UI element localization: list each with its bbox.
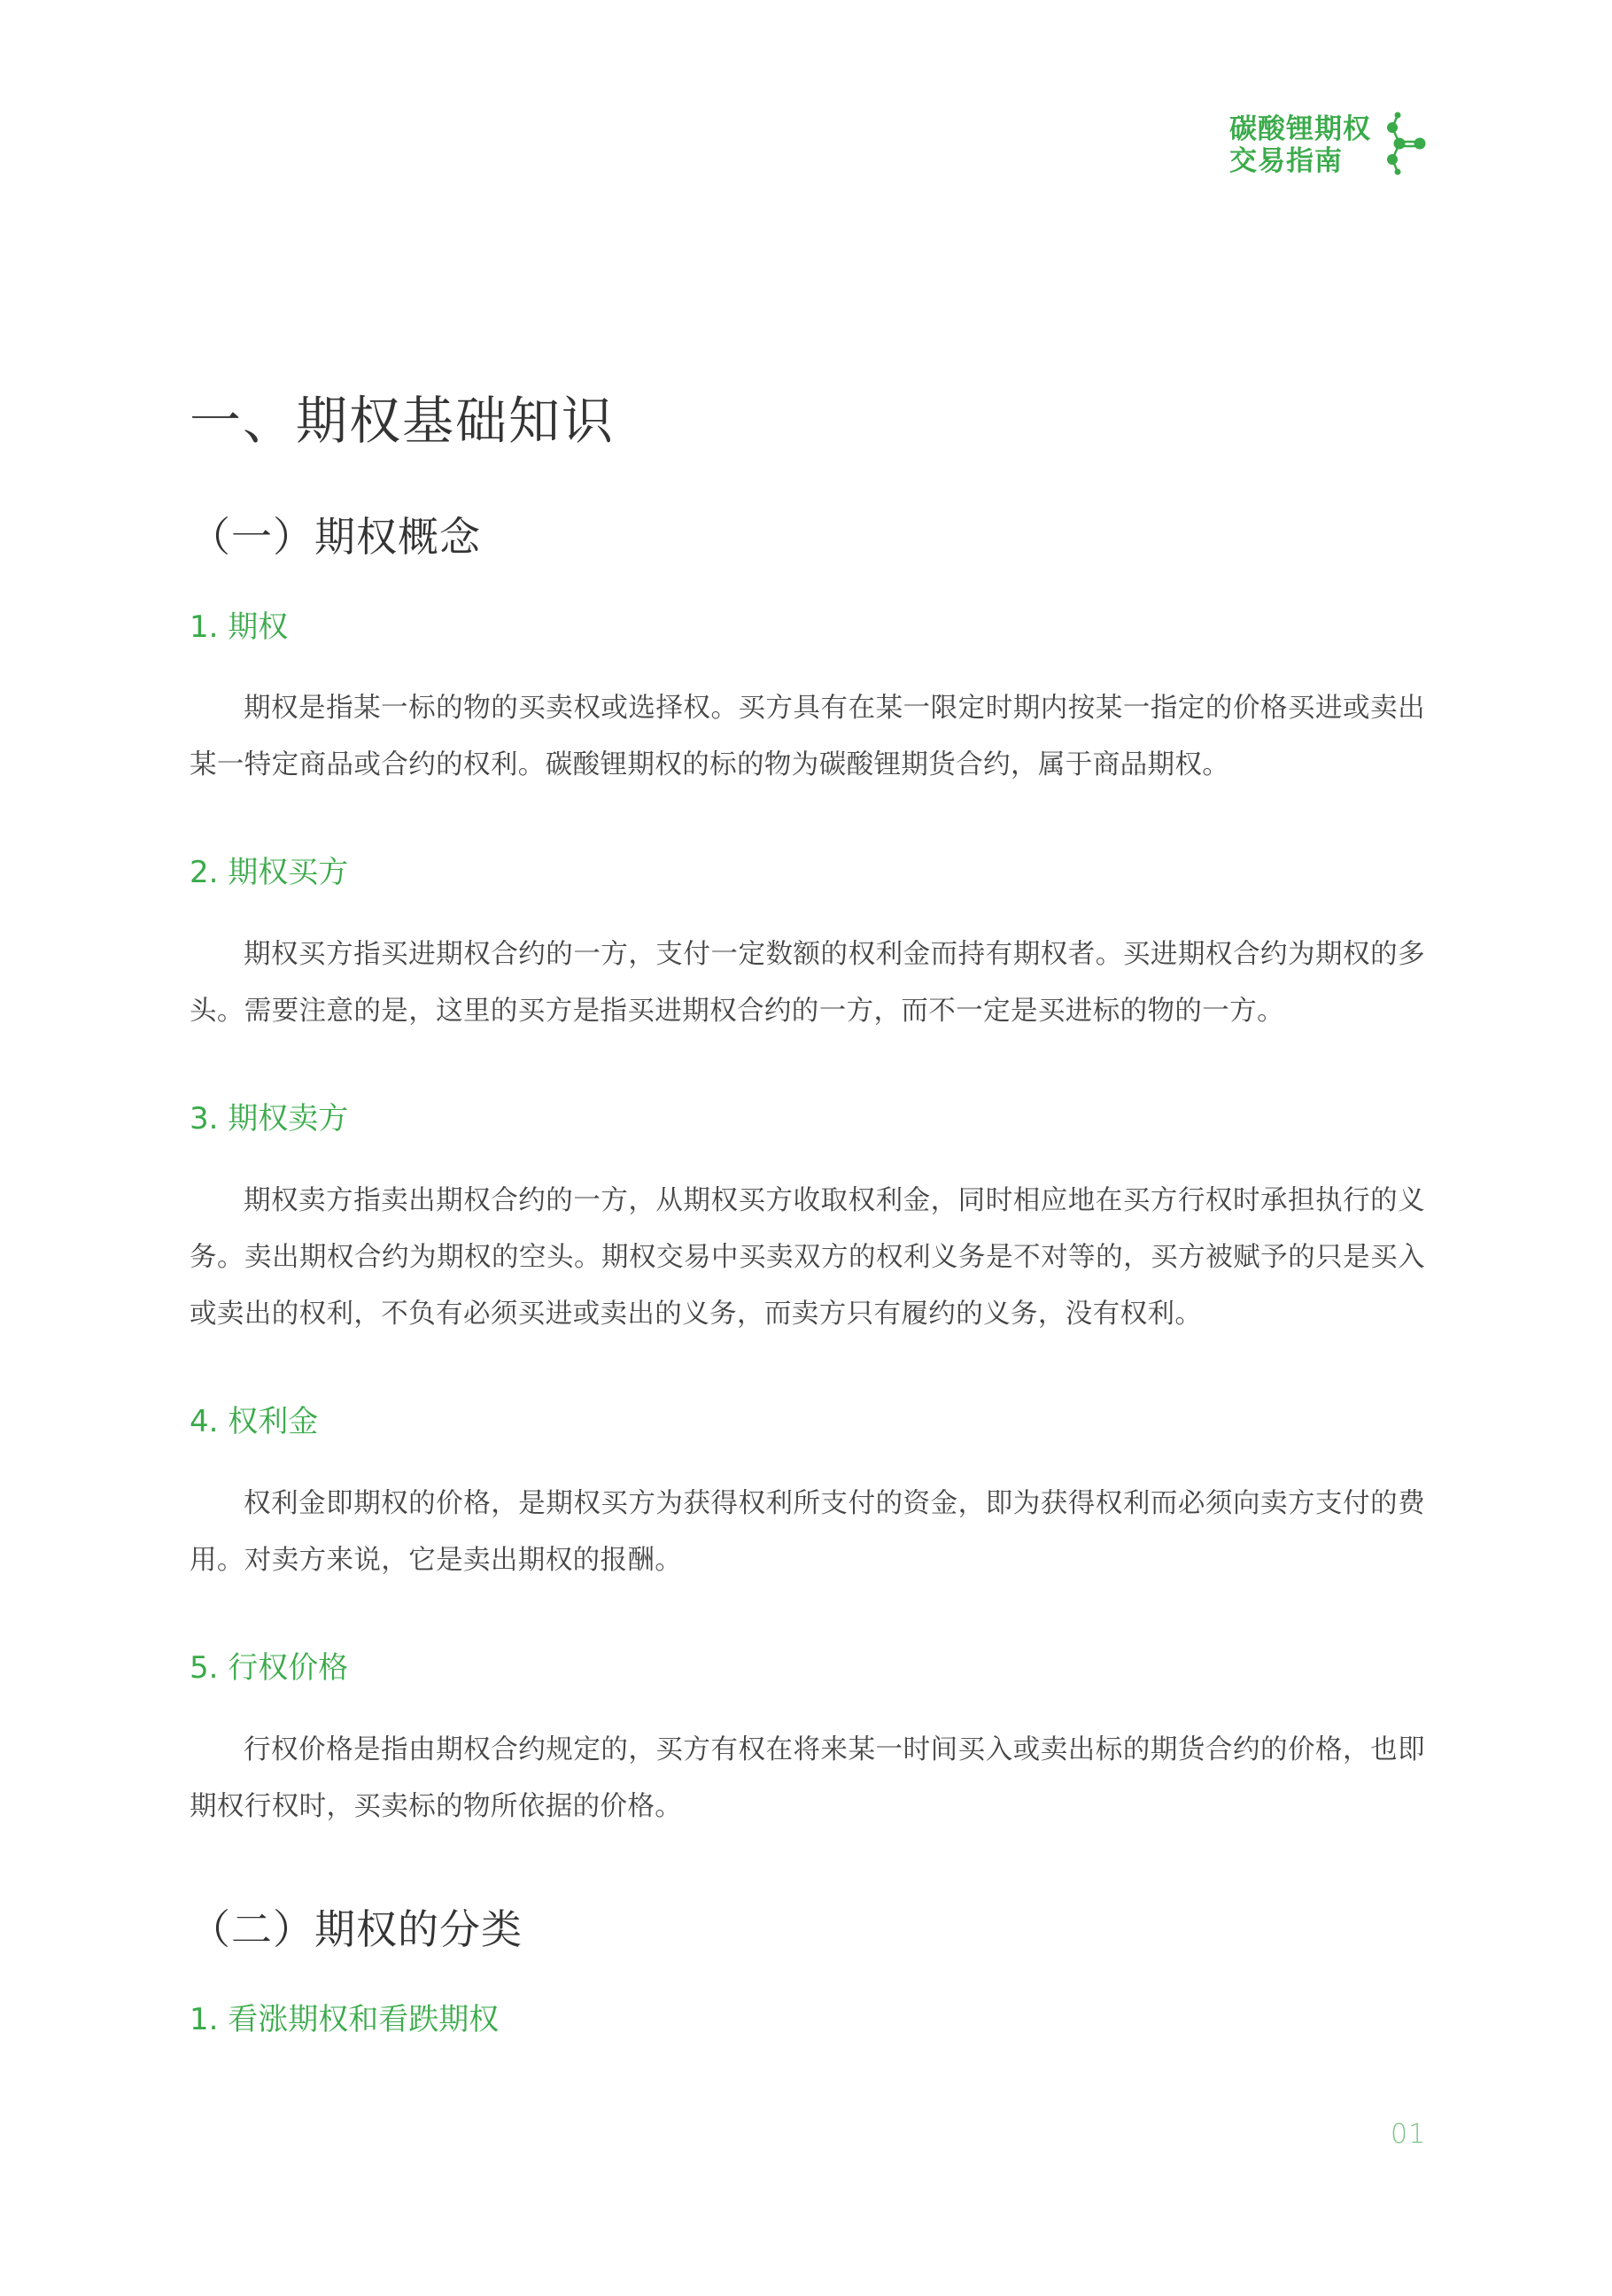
item-heading: 1. 看涨期权和看跌期权 bbox=[190, 2000, 499, 2039]
chapter-title: 一、期权基础知识 bbox=[190, 390, 615, 452]
section-title: （二）期权的分类 bbox=[190, 1904, 523, 1954]
item-paragraph: 行权价格是指由期权合约规定的，买方有权在将来某一时间买入或卖出标的期货合约的价格… bbox=[190, 1722, 1425, 1835]
item-heading: 5. 行权价格 bbox=[190, 1648, 348, 1687]
item-paragraph: 期权卖方指卖出期权合约的一方，从期权买方收取权利金，同时相应地在买方行权时承担执… bbox=[190, 1173, 1425, 1343]
item-paragraph: 期权买方指买进期权合约的一方，支付一定数额的权利金而持有期权者。买进期权合约为期… bbox=[190, 927, 1425, 1040]
item-heading: 1. 期权 bbox=[190, 608, 288, 647]
brand-title-line1: 碳酸锂期权 bbox=[1229, 113, 1371, 145]
item-heading: 3. 期权卖方 bbox=[190, 1099, 348, 1138]
brand-title: 碳酸锂期权 交易指南 bbox=[1229, 113, 1371, 177]
molecule-icon bbox=[1383, 110, 1437, 181]
section-title: （一）期权概念 bbox=[190, 512, 481, 562]
page-number: 01 bbox=[1391, 2119, 1426, 2150]
item-heading: 4. 权利金 bbox=[190, 1402, 318, 1441]
item-paragraph: 权利金即期权的价格，是期权买方为获得权利所支付的资金，即为获得权利而必须向卖方支… bbox=[190, 1476, 1425, 1589]
item-heading: 2. 期权买方 bbox=[190, 853, 348, 892]
brand-header: 碳酸锂期权 交易指南 bbox=[1229, 110, 1437, 181]
brand-title-line2: 交易指南 bbox=[1229, 145, 1371, 177]
item-paragraph: 期权是指某一标的物的买卖权或选择权。买方具有在某一限定时期内按某一指定的价格买进… bbox=[190, 680, 1425, 794]
